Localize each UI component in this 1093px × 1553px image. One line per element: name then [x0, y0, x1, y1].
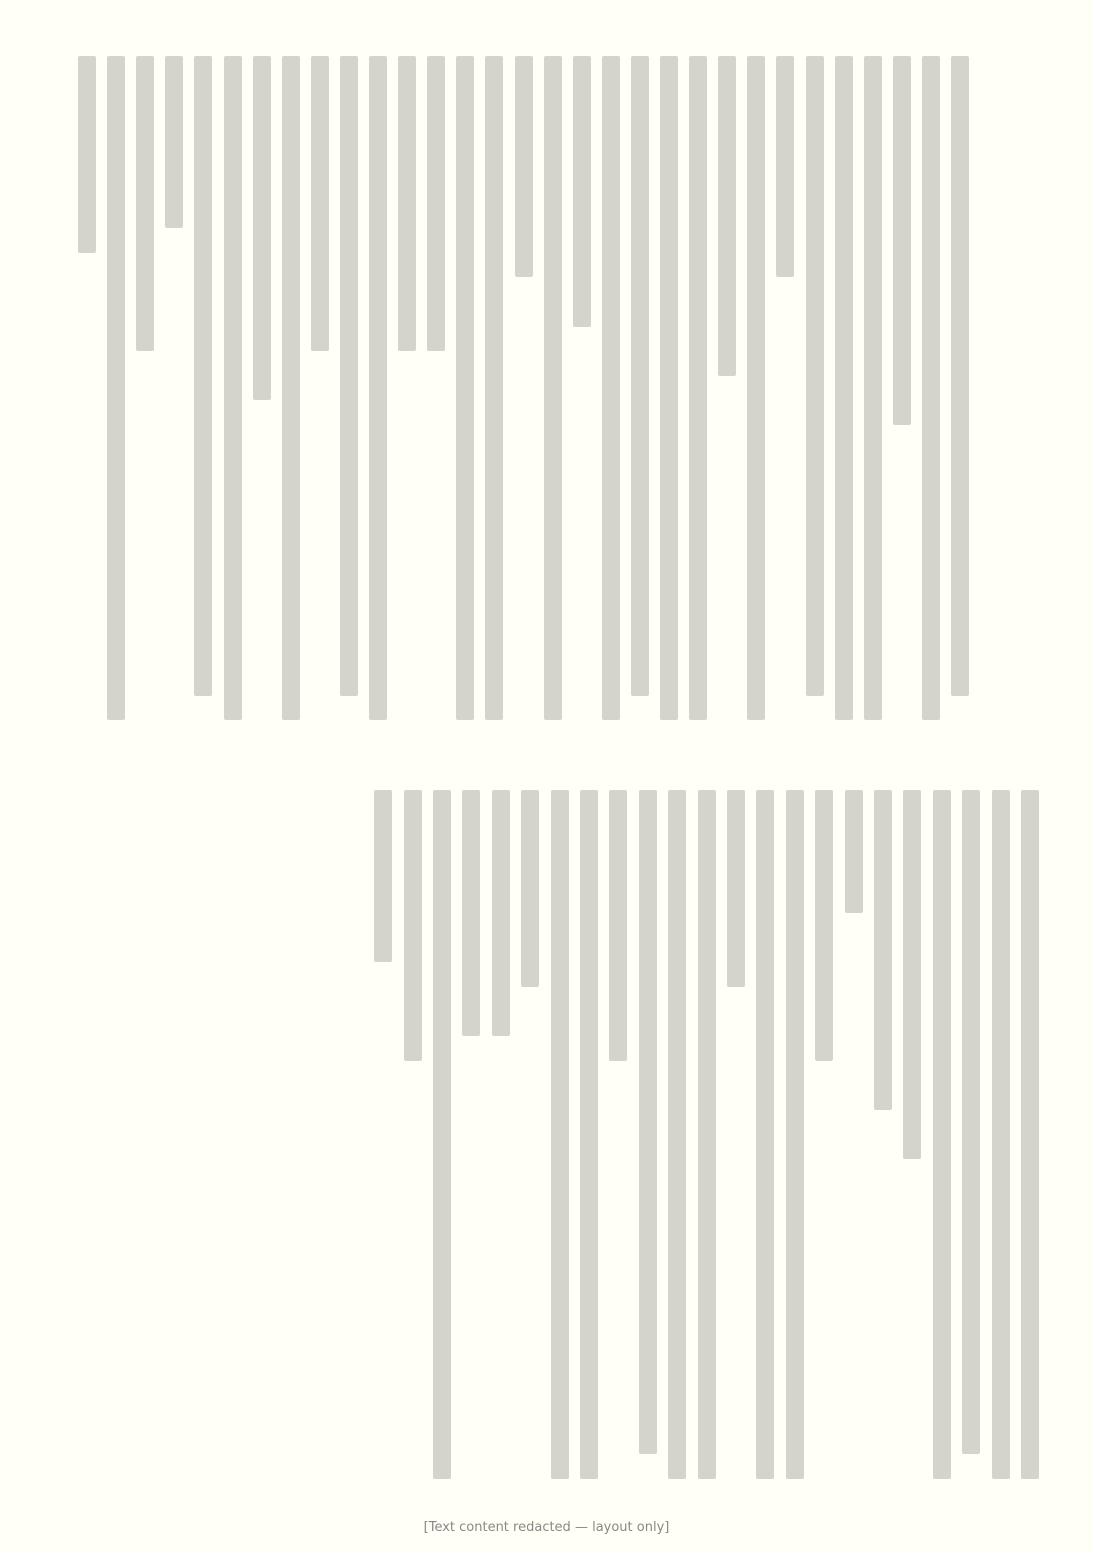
text-column: [521, 790, 539, 987]
text-column: [515, 56, 533, 277]
text-column: [698, 790, 716, 1479]
text-column: [492, 790, 510, 1036]
text-column: [194, 56, 212, 696]
text-column: [631, 56, 649, 696]
redaction-notice: [Text content redacted — layout only]: [0, 1520, 1093, 1535]
text-column: [815, 790, 833, 1061]
text-column: [922, 56, 940, 720]
text-column: [398, 56, 416, 351]
text-column: [747, 56, 765, 720]
text-column: [224, 56, 242, 720]
text-column: [427, 56, 445, 351]
text-column: [369, 56, 387, 720]
text-column: [689, 56, 707, 720]
text-column: [786, 790, 804, 1479]
text-column: [165, 56, 183, 228]
text-column: [660, 56, 678, 720]
text-column: [874, 790, 892, 1110]
text-column: [776, 56, 794, 277]
text-column: [962, 790, 980, 1454]
text-column: [107, 56, 125, 720]
text-column: [602, 56, 620, 720]
text-column: [756, 790, 774, 1479]
text-column: [639, 790, 657, 1454]
text-column: [727, 790, 745, 987]
text-column: [806, 56, 824, 696]
text-column: [544, 56, 562, 720]
text-column: [456, 56, 474, 720]
text-column: [609, 790, 627, 1061]
text-column: [340, 56, 358, 696]
text-column: [951, 56, 969, 696]
text-column: [551, 790, 569, 1479]
text-column: [718, 56, 736, 376]
text-column: [893, 56, 911, 425]
text-column: [668, 790, 686, 1479]
text-column: [433, 790, 451, 1479]
text-column: [374, 790, 392, 962]
text-column: [404, 790, 422, 1061]
text-column: [903, 790, 921, 1159]
text-column: [992, 790, 1010, 1479]
text-column: [1021, 790, 1039, 1479]
text-column: [933, 790, 951, 1479]
text-column: [580, 790, 598, 1479]
text-column: [573, 56, 591, 327]
text-column: [485, 56, 503, 720]
text-column: [136, 56, 154, 351]
text-column: [462, 790, 480, 1036]
text-column: [835, 56, 853, 720]
text-column: [311, 56, 329, 351]
text-column: [78, 56, 96, 253]
text-column: [845, 790, 863, 913]
text-column: [864, 56, 882, 720]
text-column: [282, 56, 300, 720]
text-column: [253, 56, 271, 400]
